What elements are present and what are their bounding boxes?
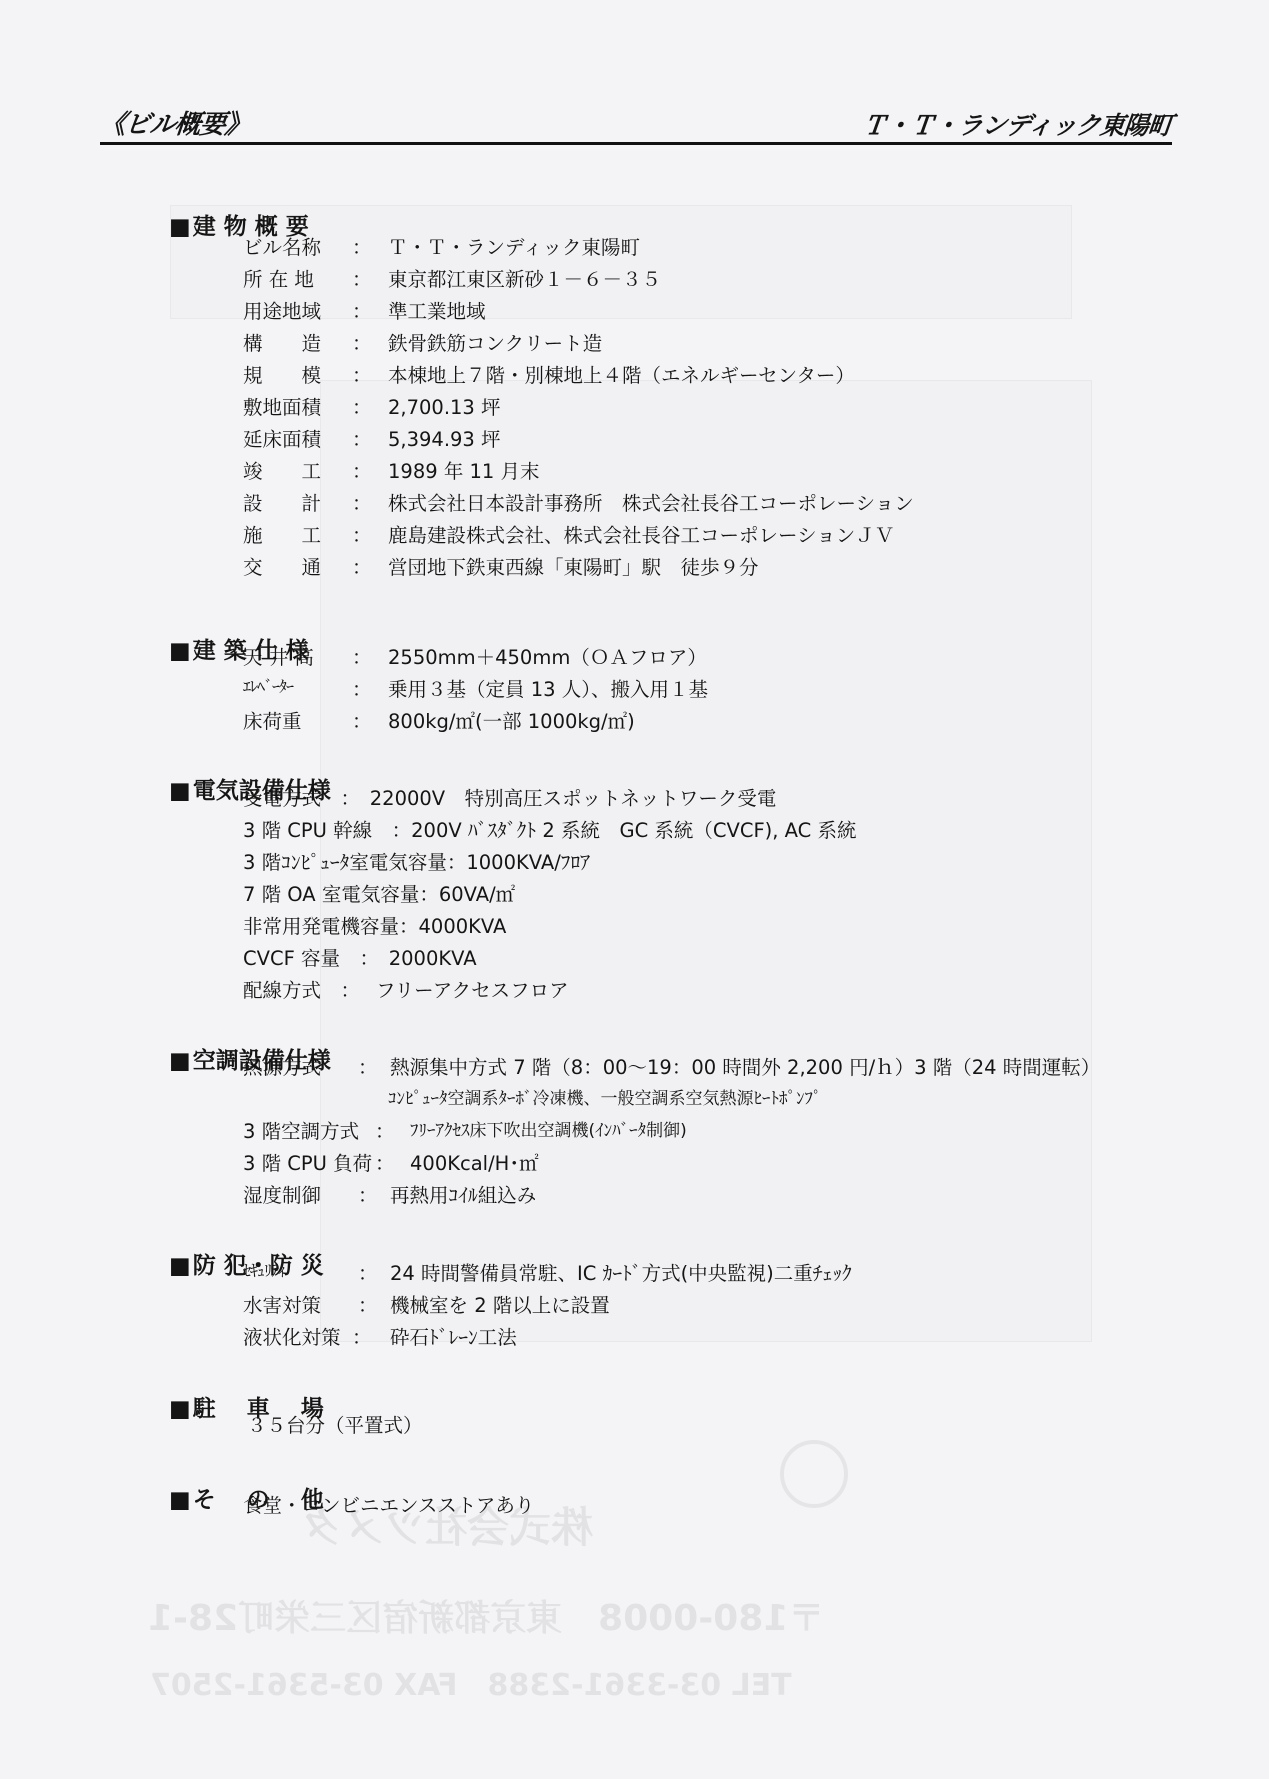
square-bullet-icon: ■ bbox=[169, 1487, 191, 1513]
spec-label: 水害対策 bbox=[243, 1290, 321, 1318]
spec-text: 3 階ｺﾝﾋﾟｭｰﾀ室電気容量：1000KVA/ﾌﾛｱ bbox=[243, 847, 590, 875]
spec-label: 湿度制御 bbox=[243, 1180, 321, 1208]
spec-value: 5,394.93 坪 bbox=[388, 424, 501, 452]
spec-row: 水害対策 ： 機械室を 2 階以上に設置 bbox=[0, 1290, 25, 1320]
spec-value: Ｔ・Ｔ・ランディック東陽町 bbox=[388, 232, 640, 260]
spec-label: 3 階 CPU 負荷 bbox=[243, 1148, 372, 1176]
spec-label: 交 通 bbox=[243, 552, 321, 580]
colon: ： bbox=[352, 520, 372, 548]
spec-value: 2550mm＋450mm（ＯＡフロア） bbox=[388, 642, 707, 670]
spec-text: 非常用発電機容量：4000KVA bbox=[243, 911, 506, 939]
spec-row: 食堂・コンビニエンスストアあり bbox=[0, 1490, 25, 1520]
spec-row: ｴﾚﾍﾞｰﾀｰ ： 乗用３基（定員 13 人）、搬入用１基 bbox=[0, 674, 25, 704]
spec-value: 準工業地域 bbox=[388, 296, 486, 324]
square-bullet-icon: ■ bbox=[169, 1048, 191, 1074]
square-bullet-icon: ■ bbox=[169, 214, 191, 240]
spec-row: 規 模 ： 本棟地上７階・別棟地上４階（エネルギーセンター） bbox=[0, 360, 25, 390]
bleed-through-logo bbox=[780, 1440, 848, 1508]
spec-value: 鹿島建設株式会社、株式会社長谷工コーポレーションＪＶ bbox=[388, 520, 894, 548]
spec-label: ｴﾚﾍﾞｰﾀｰ bbox=[243, 674, 293, 697]
spec-text: CVCF 容量 ： 2000KVA bbox=[243, 943, 477, 971]
colon: ： bbox=[352, 1322, 372, 1350]
spec-row: 床荷重 ： 800kg/㎡(一部 1000kg/㎡) bbox=[0, 706, 25, 736]
spec-row: 3 階空調方式 ： ﾌﾘｰｱｸｾｽ床下吹出空調機(ｲﾝﾊﾞｰﾀ制御) bbox=[0, 1116, 25, 1146]
spec-row: ｺﾝﾋﾟｭｰﾀ空調系ﾀｰﾎﾞ冷凍機、一般空調系空気熱源ﾋｰﾄﾎﾟﾝﾌﾟ bbox=[0, 1084, 25, 1114]
spec-label: ｾｷｭﾘﾃｨ bbox=[243, 1258, 285, 1281]
spec-value: 機械室を 2 階以上に設置 bbox=[390, 1290, 610, 1318]
spec-row: 非常用発電機容量：4000KVA bbox=[0, 911, 25, 941]
spec-row: CVCF 容量 ： 2000KVA bbox=[0, 943, 25, 973]
spec-label: 床荷重 bbox=[243, 706, 302, 734]
colon: ： bbox=[352, 360, 372, 388]
spec-row: 敷地面積 ： 2,700.13 坪 bbox=[0, 392, 25, 422]
spec-value: 乗用３基（定員 13 人）、搬入用１基 bbox=[388, 674, 708, 702]
parking-capacity: ３５台分（平置式） bbox=[247, 1410, 423, 1438]
spec-label: 所 在 地 bbox=[243, 264, 314, 292]
spec-value: 砕石ﾄﾞﾚｰﾝ工法 bbox=[390, 1322, 517, 1350]
spec-row: 熱源方式 ： 熱源集中方式 7 階（8：00～19：00 時間外 2,200 円… bbox=[0, 1052, 25, 1082]
colon: ： bbox=[352, 424, 372, 452]
spec-label: 用途地域 bbox=[243, 296, 321, 324]
square-bullet-icon: ■ bbox=[169, 638, 191, 664]
document-title: 《ビル概要》 bbox=[98, 104, 252, 141]
spec-label: 熱源方式 bbox=[243, 1052, 321, 1080]
spec-row: 液状化対策 ： 砕石ﾄﾞﾚｰﾝ工法 bbox=[0, 1322, 25, 1352]
spec-value: 東京都江東区新砂１－６－３５ bbox=[388, 264, 661, 292]
spec-label: 竣 工 bbox=[243, 456, 321, 484]
spec-row: 設 計 ： 株式会社日本設計事務所 株式会社長谷工コーポレーション bbox=[0, 488, 25, 518]
spec-label: 規 模 bbox=[243, 360, 321, 388]
spec-label: 敷地面積 bbox=[243, 392, 321, 420]
spec-row: 3 階 CPU 負荷 ： 400Kcal/H･㎡ bbox=[0, 1148, 25, 1178]
spec-row: 3 階 CPU 幹線 ：200V ﾊﾞｽﾀﾞｸﾄ 2 系統 GC 系統（CVCF… bbox=[0, 815, 25, 845]
spec-row: 用途地域 ： 準工業地域 bbox=[0, 296, 25, 326]
spec-value: 800kg/㎡(一部 1000kg/㎡) bbox=[388, 706, 635, 734]
spec-value: 株式会社日本設計事務所 株式会社長谷工コーポレーション bbox=[388, 488, 914, 516]
colon: ： bbox=[352, 264, 372, 292]
spec-row: 施 工 ： 鹿島建設株式会社、株式会社長谷工コーポレーションＪＶ bbox=[0, 520, 25, 550]
colon: ： bbox=[352, 642, 372, 670]
spec-row: ３５台分（平置式） bbox=[0, 1410, 25, 1440]
colon: ： bbox=[352, 456, 372, 484]
spec-label: 天 井 高 bbox=[243, 642, 314, 670]
spec-text: 受電方式 ： 22000V 特別高圧スポットネットワーク受電 bbox=[243, 783, 776, 811]
colon: ： bbox=[375, 1116, 395, 1144]
spec-value: 2,700.13 坪 bbox=[388, 392, 501, 420]
spec-value: 400Kcal/H･㎡ bbox=[410, 1148, 539, 1176]
spec-text: 7 階 OA 室電気容量：60VA/㎡ bbox=[243, 879, 515, 907]
square-bullet-icon: ■ bbox=[169, 1253, 191, 1279]
colon: ： bbox=[352, 706, 372, 734]
spec-row: 交 通 ： 営団地下鉄東西線「東陽町」駅 徒歩９分 bbox=[0, 552, 25, 582]
colon: ： bbox=[352, 488, 372, 516]
spec-value: 熱源集中方式 7 階（8：00～19：00 時間外 2,200 円/ｈ）3 階（… bbox=[390, 1052, 1100, 1080]
spec-row: 天 井 高 ： 2550mm＋450mm（ＯＡフロア） bbox=[0, 642, 25, 672]
spec-label: ビル名称 bbox=[243, 232, 321, 260]
spec-row: ｾｷｭﾘﾃｨ ： 24 時間警備員常駐、IC ｶｰﾄﾞ方式(中央監視)二重ﾁｪｯ… bbox=[0, 1258, 25, 1288]
spec-row: 配線方式 ： フリーアクセスフロア bbox=[0, 975, 25, 1005]
document-header: 《ビル概要》 Ｔ・Ｔ・ランディック東陽町 bbox=[100, 104, 1172, 145]
spec-value: 鉄骨鉄筋コンクリート造 bbox=[388, 328, 602, 356]
colon: ： bbox=[352, 328, 372, 356]
spec-row: 3 階ｺﾝﾋﾟｭｰﾀ室電気容量：1000KVA/ﾌﾛｱ bbox=[0, 847, 25, 877]
spec-label: 延床面積 bbox=[243, 424, 321, 452]
square-bullet-icon: ■ bbox=[169, 1396, 191, 1422]
square-bullet-icon: ■ bbox=[169, 778, 191, 804]
colon: ： bbox=[352, 392, 372, 420]
spec-row: 延床面積 ： 5,394.93 坪 bbox=[0, 424, 25, 454]
colon: ： bbox=[352, 552, 372, 580]
spec-value: ｺﾝﾋﾟｭｰﾀ空調系ﾀｰﾎﾞ冷凍機、一般空調系空気熱源ﾋｰﾄﾎﾟﾝﾌﾟ bbox=[388, 1084, 822, 1109]
colon: ： bbox=[358, 1180, 378, 1208]
bleed-through-line2: 〒180-0008 東京都新宿区三栄町28-1 bbox=[148, 1590, 824, 1641]
colon: ： bbox=[358, 1258, 378, 1286]
spec-row: 受電方式 ： 22000V 特別高圧スポットネットワーク受電 bbox=[0, 783, 25, 813]
building-name-title: Ｔ・Ｔ・ランディック東陽町 bbox=[860, 106, 1174, 142]
spec-label: 構 造 bbox=[243, 328, 321, 356]
spec-label: 施 工 bbox=[243, 520, 321, 548]
spec-row: 構 造 ： 鉄骨鉄筋コンクリート造 bbox=[0, 328, 25, 358]
spec-value: 24 時間警備員常駐、IC ｶｰﾄﾞ方式(中央監視)二重ﾁｪｯｸ bbox=[390, 1258, 852, 1286]
spec-value: ﾌﾘｰｱｸｾｽ床下吹出空調機(ｲﾝﾊﾞｰﾀ制御) bbox=[410, 1116, 687, 1141]
colon: ： bbox=[358, 1290, 378, 1318]
colon: ： bbox=[352, 674, 372, 702]
spec-row: 湿度制御 ： 再熱用ｺｲﾙ組込み bbox=[0, 1180, 25, 1210]
spec-text: 3 階 CPU 幹線 ：200V ﾊﾞｽﾀﾞｸﾄ 2 系統 GC 系統（CVCF… bbox=[243, 815, 857, 843]
spec-label: 液状化対策 bbox=[243, 1322, 341, 1350]
spec-value: 1989 年 11 月末 bbox=[388, 456, 540, 484]
spec-label: 3 階空調方式 bbox=[243, 1116, 359, 1144]
other-facilities: 食堂・コンビニエンスストアあり bbox=[243, 1490, 534, 1518]
colon: ： bbox=[352, 296, 372, 324]
spec-label: 設 計 bbox=[243, 488, 321, 516]
spec-row: 竣 工 ： 1989 年 11 月末 bbox=[0, 456, 25, 486]
colon: ： bbox=[375, 1148, 395, 1176]
spec-value: 再熱用ｺｲﾙ組込み bbox=[390, 1180, 536, 1208]
colon: ： bbox=[352, 232, 372, 260]
spec-row: 7 階 OA 室電気容量：60VA/㎡ bbox=[0, 879, 25, 909]
colon: ： bbox=[358, 1052, 378, 1080]
spec-row: 所 在 地 ： 東京都江東区新砂１－６－３５ bbox=[0, 264, 25, 294]
spec-row: ビル名称 ： Ｔ・Ｔ・ランディック東陽町 bbox=[0, 232, 25, 262]
spec-text: 配線方式 ： フリーアクセスフロア bbox=[243, 975, 569, 1003]
document-page: 株式会社ツメタ 〒180-0008 東京都新宿区三栄町28-1 TEL 03-3… bbox=[0, 0, 1269, 1779]
spec-value: 本棟地上７階・別棟地上４階（エネルギーセンター） bbox=[388, 360, 855, 388]
spec-value: 営団地下鉄東西線「東陽町」駅 徒歩９分 bbox=[388, 552, 759, 580]
bleed-through-line3: TEL 03-3361-2388 FAX 03-5361-2507 bbox=[150, 1660, 792, 1704]
